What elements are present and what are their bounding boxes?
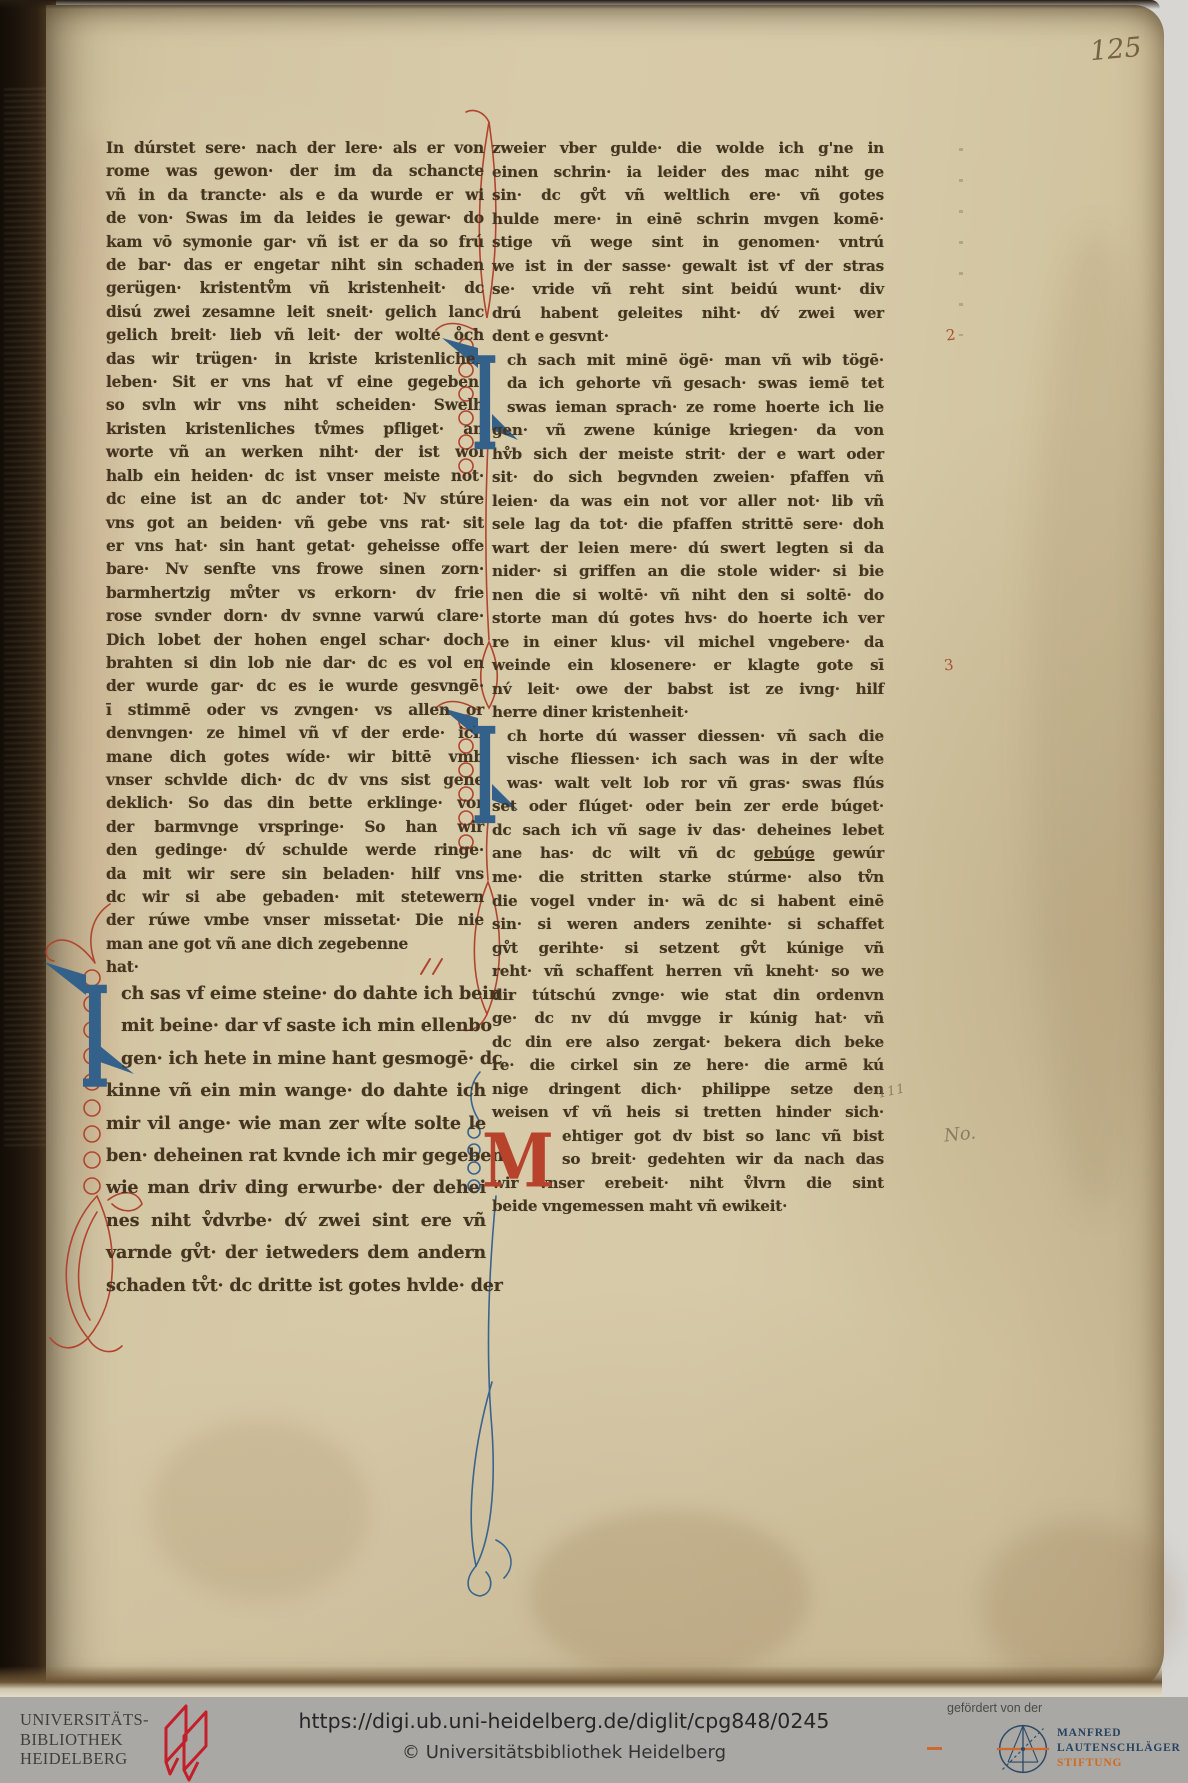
manuscript-line: er vns hat· sin hant getat· geheisse off…	[106, 537, 484, 560]
manuscript-line: dc sach ich vñ sage iv das· deheines leb…	[492, 821, 884, 845]
manuscript-line: kam vō symonie gar· vñ ist er da so frú	[106, 233, 484, 256]
manuscript-line: Dich lobet der hohen engel schar· doch	[106, 631, 484, 654]
manuscript-line: der rúwe vmbe vnser missetat· Die nie	[106, 911, 484, 934]
manuscript-line: de bar· das er engetar niht sin schaden	[106, 256, 484, 279]
manuscript-line: denvngen· ze himel vñ vf der erde· ich	[106, 724, 484, 747]
manuscript-line: worte vñ an werken niht· der ist wol	[106, 443, 484, 466]
manuscript-line: swas ieman sprach· ze rome hoerte ich li…	[492, 398, 884, 422]
manuscript-line: dent e gesvnt·	[492, 327, 884, 351]
manuscript-line: nen die si woltē· vñ niht den si soltē· …	[492, 586, 884, 610]
ub-heidelberg-logo-icon	[156, 1700, 218, 1782]
copyright-line: © Universitätsbibliothek Heidelberg	[299, 1742, 830, 1763]
manuscript-line: mane dich gotes wíde· wir bittē vmb	[106, 748, 484, 771]
manuscript-line: vñ in da trancte· als e da wurde er wi	[106, 186, 484, 209]
digitized-manuscript-viewer: In dúrstet sere· nach der lere· als er v…	[0, 0, 1188, 1783]
manuscript-line: de von· Swas im da leides ie gewar· do	[106, 209, 484, 232]
funded-by-label: gefördert von der	[947, 1701, 1042, 1715]
foundation-name-line: LAUTENSCHLÄGER	[1057, 1741, 1181, 1756]
manuscript-line: gv̊t gerihte· si setzent gv̊t kúnige vñ	[492, 939, 884, 963]
page-edge-ghost-text	[4, 88, 48, 1149]
illuminated-initial-M: M	[482, 1124, 554, 1198]
manuscript-line: was· walt velt lob ror vñ gras· swas flú…	[492, 774, 884, 798]
manuscript-line: kinne vñ ein min wange· do dahte ich	[106, 1080, 486, 1112]
manuscript-line: gen· vñ zwene kúnige kriegen· da von	[492, 421, 884, 445]
library-name-line: UNIVERSITÄTS-	[20, 1710, 149, 1730]
prick-marks	[959, 148, 963, 336]
manuscript-line: storte man dú gotes hvs· do hoerte ich v…	[492, 609, 884, 633]
manuscript-line: wie man driv ding erwurbe· der dehei	[106, 1177, 486, 1209]
manuscript-line: deklich· So das din bette erklinge· vor	[106, 794, 484, 817]
manuscript-line: hv̊b sich der meiste strit· der e wart o…	[492, 445, 884, 469]
manuscript-line: In dúrstet sere· nach der lere· als er v…	[106, 139, 484, 162]
manuscript-line: re· die cirkel sin ze here· die armē kú	[492, 1056, 884, 1080]
manuscript-line: kristen kristenliches tv̊mes pfliget· an	[106, 420, 484, 443]
margin-stanza-number: 2	[945, 326, 956, 345]
illuminated-initial-I: I	[472, 340, 498, 469]
illuminated-initial-I: I	[80, 968, 110, 1108]
manuscript-line: vische fliessen· ich sach was in der wĺt…	[492, 750, 884, 774]
manuscript-line: reht· vñ schaffent herren vñ kneht· so w…	[492, 962, 884, 986]
manuscript-line: dir tútschú zvnge· wie stat din ordenvn	[492, 986, 884, 1010]
manuscript-scan: In dúrstet sere· nach der lere· als er v…	[0, 0, 1188, 1697]
manuscript-line: schaden tv̊t· dc dritte ist gotes hvlde·…	[106, 1275, 486, 1307]
manuscript-line: so svln wir vns niht scheiden· Swelh	[106, 396, 484, 419]
manuscript-line: set oder flúget· oder bein zer erde búge…	[492, 797, 884, 821]
manuscript-line: da ich gehorte vñ gesach· swas iemē tet	[492, 374, 884, 398]
manuscript-line: ben· deheinen rat kvnde ich mir gegeben	[106, 1145, 486, 1177]
manuscript-line: disú zwei zesamne leit sneit· gelich lan…	[106, 303, 484, 326]
manuscript-line: sele lag da tot· die pfaffen strittē ser…	[492, 515, 884, 539]
manuscript-line: vnser schvlde dich· dc dv vns sist gene	[106, 771, 484, 794]
manuscript-line: se· vride vñ reht sint beidú wunt· div	[492, 280, 884, 304]
viewer-footer-bar: UNIVERSITÄTS- BIBLIOTHEK HEIDELBERG http…	[0, 1697, 1188, 1783]
manuscript-line: dc eine ist an dc ander tot· Nv stúre	[106, 490, 484, 513]
manuscript-line: dc din ere also zergat· bekera dich beke	[492, 1033, 884, 1057]
manuscript-line: zweier vber gulde· die wolde ich g'ne in	[492, 139, 884, 163]
manuscript-line: halb ein heiden· dc ist vnser meiste not…	[106, 467, 484, 490]
page-top-edge	[0, 0, 1160, 9]
manuscript-line: me· die stritten starke stúrme· also tv̊…	[492, 868, 884, 892]
manuscript-line: hat·	[106, 958, 484, 981]
folio-number: 125	[1089, 32, 1143, 67]
manuscript-line: rome was gewon· der im da schancte	[106, 162, 484, 185]
manuscript-line: ane has· dc wilt vñ dc gebúge gewúr	[492, 844, 884, 868]
manuscript-line: das wir trügen· in kriste kristenliches	[106, 350, 484, 373]
manuscript-line: mir vil ange· wie man zer wĺte solte le	[106, 1113, 486, 1145]
manuscript-line: mit beine· dar vf saste ich min ellenbo	[106, 1015, 486, 1047]
manuscript-line: weinde ein klosenere· er klagte gote sī	[492, 656, 884, 680]
manuscript-line: nes niht v̊dvrbe· dv́ zwei sint ere vñ	[106, 1210, 486, 1242]
manuscript-line: leben· Sit er vns hat vf eine gegeben·	[106, 373, 484, 396]
manuscript-line: leien· da was ein not vor aller not· lib…	[492, 492, 884, 516]
library-wordmark: UNIVERSITÄTS- BIBLIOTHEK HEIDELBERG	[20, 1710, 149, 1769]
manuscript-line: wart der leien mere· dú swert legten si …	[492, 539, 884, 563]
manuscript-line: ch horte dú wasser diessen· vñ sach die	[492, 727, 884, 751]
manuscript-line: der wurde gar· dc es ie wurde gesvngē·	[106, 677, 484, 700]
digitization-url: https://digi.ub.uni-heidelberg.de/diglit…	[299, 1709, 830, 1733]
manuscript-line: hulde mere· in einē schrin mvgen komē·	[492, 210, 884, 234]
manuscript-line: barmhertzig mv̊ter vs erkorn· dv frie	[106, 584, 484, 607]
manuscript-line: vns got an beiden· vñ gebe vns rat· sit	[106, 514, 484, 537]
manuscript-line: gelich breit· lieb vñ leit· der wolte o̊…	[106, 326, 484, 349]
library-name-line: BIBLIOTHEK	[20, 1730, 149, 1750]
manuscript-line: sit· do sich begvnden zweien· pfaffen vñ	[492, 468, 884, 492]
manuscript-line: man ane got vñ ane dich zegebenne	[106, 935, 484, 958]
foundation-name-line: STIFTUNG	[1057, 1756, 1181, 1771]
manuscript-line: bare· Nv senfte vns frowe sinen zorn·	[106, 560, 484, 583]
foundation-wordmark: MANFRED LAUTENSCHLÄGER STIFTUNG	[1057, 1726, 1181, 1771]
citation-block: https://digi.ub.uni-heidelberg.de/diglit…	[299, 1709, 830, 1763]
foundation-name-line: MANFRED	[1057, 1726, 1181, 1741]
manuscript-line: gerügen· kristentv̊m vñ kristenheit· dc	[106, 279, 484, 302]
manuscript-line: ch sas vf eime steine· do dahte ich bein	[106, 983, 486, 1015]
lautenschlaeger-compass-icon	[995, 1721, 1051, 1777]
text-column-right: zweier vber gulde· die wolde ich g'ne in…	[492, 139, 884, 1221]
manuscript-line: nider· si griffen an die stole wider· si…	[492, 562, 884, 586]
manuscript-line: nige dringent dich· philippe setze den	[492, 1080, 884, 1104]
manuscript-line: sin· si weren anders zenihte· si schaffe…	[492, 915, 884, 939]
manuscript-line: gen· ich hete in mine hant gesmogē· dc	[106, 1048, 486, 1080]
manuscript-line: die vogel vnder in· wā dc si habent einē	[492, 892, 884, 916]
manuscript-line: drú habent geleites niht· dv́ zwei wer	[492, 304, 884, 328]
manuscript-line: ch sach mit minē ögē· man vñ wib tögē·	[492, 351, 884, 375]
manuscript-line: sin· dc gv̊t vñ weltlich ere· vñ gotes	[492, 186, 884, 210]
manuscript-line: re in einer klus· vil michel vngebere· d…	[492, 633, 884, 657]
manuscript-line: einen schrin· ia leider des mac niht ge	[492, 163, 884, 187]
manuscript-line: ge· dc nv dú mvgge ir kúnig hat· vñ	[492, 1009, 884, 1033]
expunged-word: gebúge	[754, 844, 815, 862]
manuscript-line: varnde gv̊t· der ietweders dem andern	[106, 1242, 486, 1274]
manuscript-line: herre diner kristenheit·	[492, 703, 884, 727]
manuscript-line: rose svnder dorn· dv svnne varwú clare·	[106, 607, 484, 630]
illuminated-initial-I: I	[472, 710, 498, 843]
library-name-line: HEIDELBERG	[20, 1749, 149, 1769]
manuscript-line: den gedinge· dv́ schulde werde ringe·	[106, 841, 484, 864]
margin-pencil-note: No.	[943, 1122, 977, 1146]
text-column-left-lower: ch sas vf eime steine· do dahte ich bein…	[106, 983, 486, 1307]
manuscript-line: ī stimmē oder vs zvngen· vs allen or	[106, 701, 484, 724]
text-column-left-upper: In dúrstet sere· nach der lere· als er v…	[106, 139, 484, 982]
manuscript-line: we ist in der sasse· gewalt ist vf der s…	[492, 257, 884, 281]
manuscript-line: der barmvnge vrspringe· So han wir	[106, 818, 484, 841]
page-bottom-edge	[0, 1666, 1162, 1697]
margin-stanza-number: 3	[943, 656, 954, 675]
orange-dash	[927, 1747, 942, 1750]
manuscript-line: da mit wir sere sin beladen· hilf vns	[106, 865, 484, 888]
manuscript-line: stige vñ wege sint in genomen· vntrú	[492, 233, 884, 257]
manuscript-line: brahten si din lob nie dar· dc es vol en	[106, 654, 484, 677]
manuscript-line: nv́ leit· owe der babst ist ze ivng· hil…	[492, 680, 884, 704]
manuscript-line: dc wir si abe gebaden· mit stetewern	[106, 888, 484, 911]
